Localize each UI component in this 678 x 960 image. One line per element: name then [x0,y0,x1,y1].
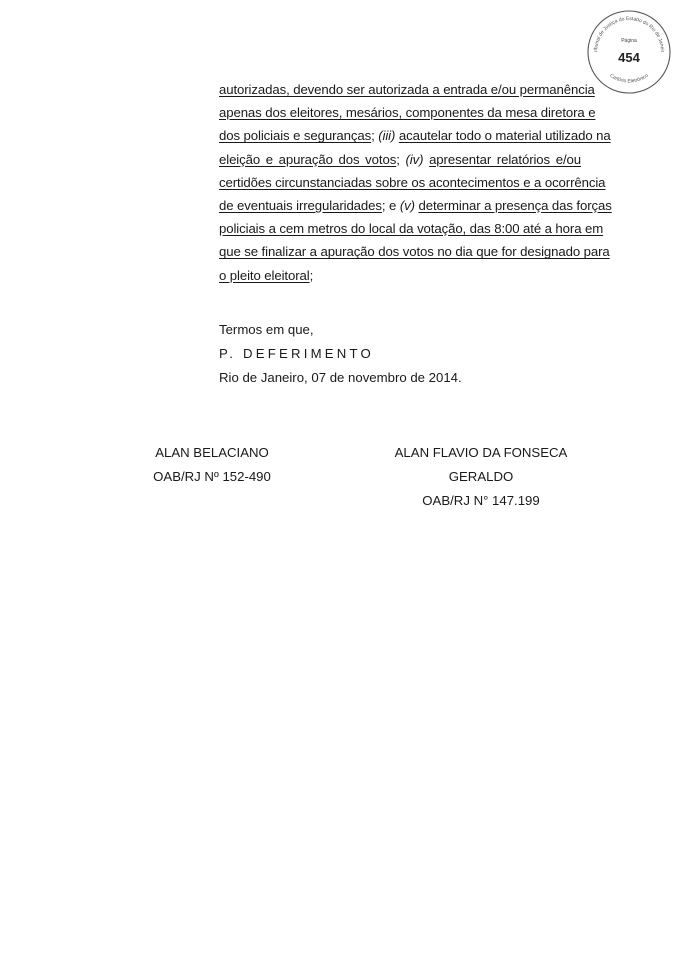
stamp-label: Página [621,38,637,44]
signature-block-1: ALAN BELACIANO OAB/RJ Nº 152-490 [132,441,292,489]
place-date: Rio de Janeiro, 07 de novembro de 2014. [219,366,462,390]
paragraph-line: o pleito eleitoral; [219,264,581,287]
paragraph-line: certidões circunstanciadas sobre os acon… [219,171,581,194]
svg-text:Cartório Eletrônico: Cartório Eletrônico [608,73,649,85]
paragraph-line: de eventuais irregularidades; e (v) dete… [219,194,581,217]
lawyer-name: ALAN BELACIANO [132,441,292,465]
paragraph-line: dos policiais e seguranças; (iii) acaute… [219,124,581,147]
closing-block: Termos em que, P. DEFERIMENTO Rio de Jan… [219,318,462,390]
lawyer-oab: OAB/RJ N° 147.199 [372,489,590,513]
stamp-page-number: 454 [618,50,640,65]
signature-block-2: ALAN FLAVIO DA FONSECA GERALDO OAB/RJ N°… [372,441,590,513]
closing-phrase: Termos em que, [219,318,462,342]
lawyer-oab: OAB/RJ Nº 152-490 [132,465,292,489]
paragraph-line: autorizadas, devendo ser autorizada a en… [219,78,581,101]
court-page-stamp: Tribunal de Justiça do Estado do Rio de … [585,8,673,96]
paragraph-line: que se finalizar a apuração dos votos no… [219,240,581,263]
stamp-bottom-text: Cartório Eletrônico [608,73,649,85]
paragraph-line: apenas dos eleitores, mesários, componen… [219,101,581,124]
lawyer-name: ALAN FLAVIO DA FONSECA GERALDO [372,441,590,489]
svg-text:Tribunal de Justiça do Estado: Tribunal de Justiça do Estado do Rio de … [585,8,665,53]
stamp-top-text: Tribunal de Justiça do Estado do Rio de … [585,8,665,53]
deferral-request: P. DEFERIMENTO [219,342,462,366]
paragraph-line: eleição e apuração dos votos; (iv) apres… [219,148,581,171]
petition-paragraph: autorizadas, devendo ser autorizada a en… [219,78,581,287]
paragraph-line: policiais a cem metros do local da votaç… [219,217,581,240]
